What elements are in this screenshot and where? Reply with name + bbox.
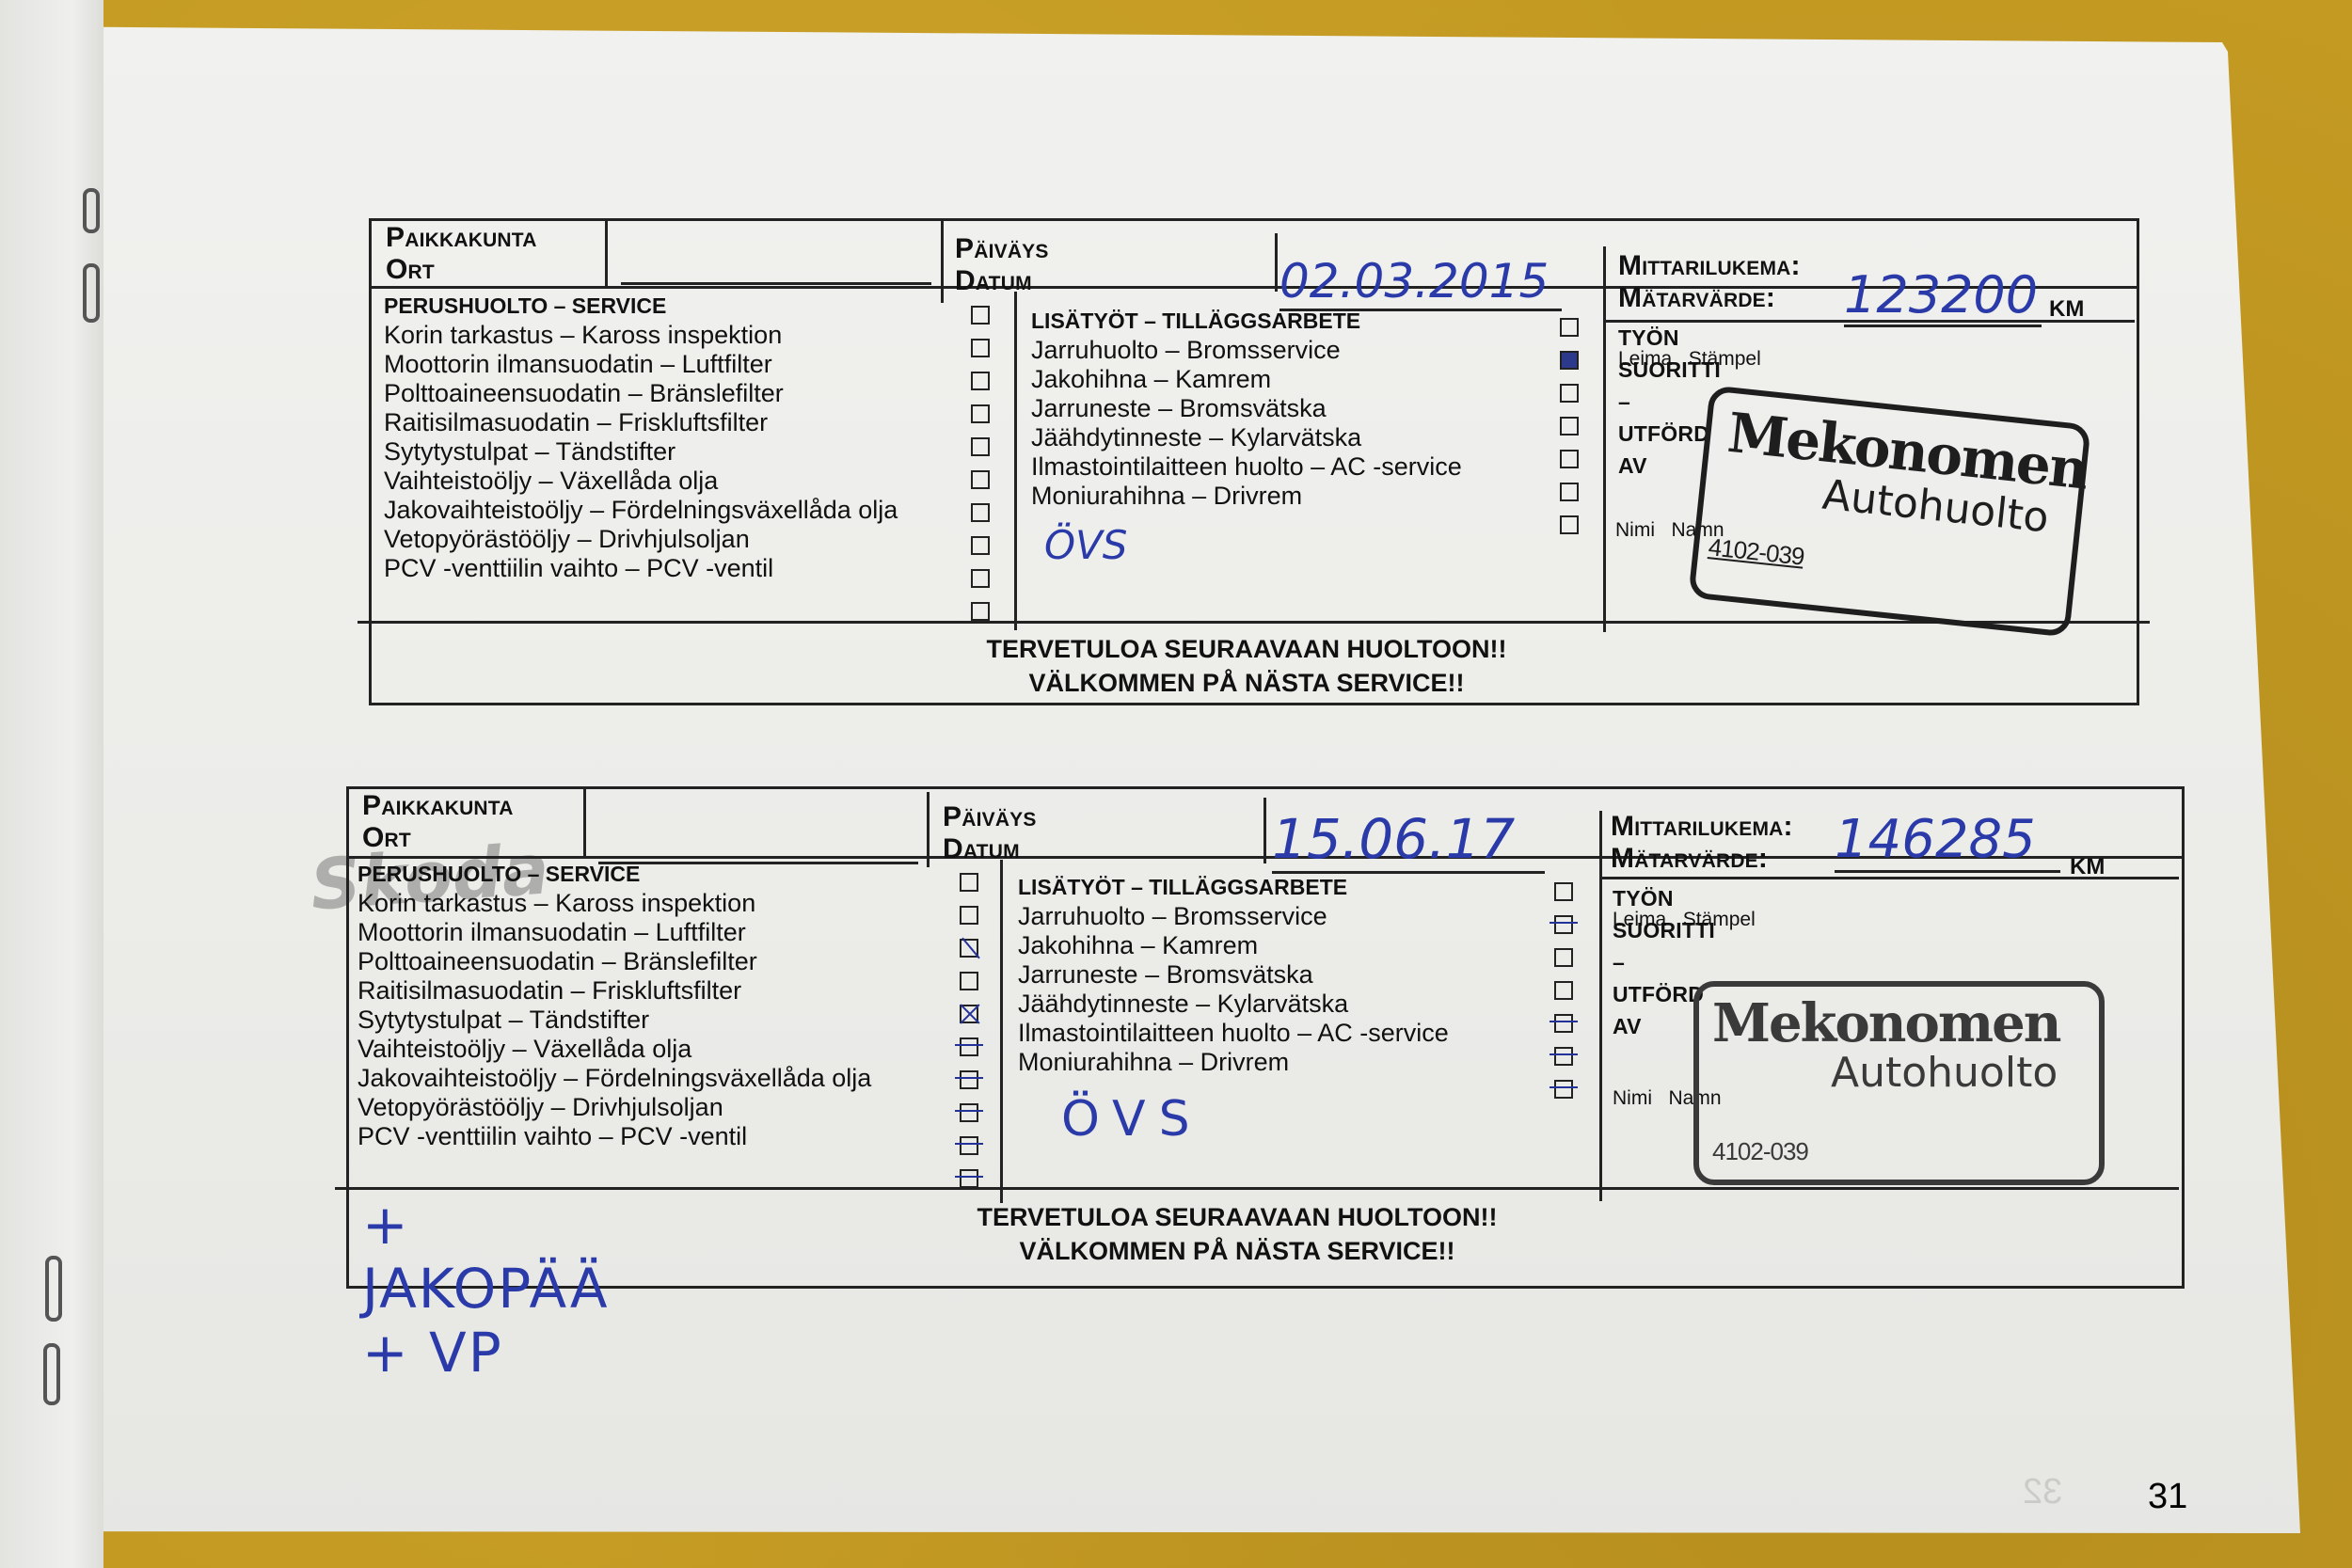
list-item: Jakohihna – Kamrem bbox=[1018, 931, 1449, 960]
list-item: Jarruhuolto – Bromsservice bbox=[1018, 902, 1449, 931]
list-item: Jarruneste – Bromsvätska bbox=[1031, 394, 1462, 423]
checkbox[interactable] bbox=[1560, 384, 1579, 403]
checkbox[interactable] bbox=[1554, 882, 1573, 901]
basic-service-title: Perushuolto – Service bbox=[384, 292, 898, 321]
date-label: PäiväysDatum bbox=[955, 233, 1049, 297]
list-item: Ilmastointilaitteen huolto – AC -service bbox=[1018, 1019, 1449, 1048]
checkbox-checked[interactable] bbox=[1560, 351, 1579, 370]
list-item: Jarruneste – Bromsvätska bbox=[1018, 960, 1449, 990]
list-item: Vetopyörästööljy – Drivhjulsoljan bbox=[358, 1093, 871, 1122]
workshop-stamp: Mekonomen Autohuolto 4102-039 bbox=[1693, 981, 2105, 1185]
odometer-value[interactable]: 123200 bbox=[1844, 265, 2042, 327]
location-field[interactable] bbox=[621, 226, 931, 285]
odometer-unit: KM bbox=[2049, 293, 2084, 325]
footer-handwritten-note: + JAKOPÄÄ + VP bbox=[362, 1193, 610, 1385]
odometer-value[interactable]: 146285 bbox=[1835, 809, 2060, 873]
basic-service-title: Perushuolto – Service bbox=[358, 860, 871, 889]
list-item: Polttoaineensuodatin – Bränslefilter bbox=[384, 379, 898, 408]
checkbox[interactable] bbox=[971, 339, 990, 357]
checkbox-checked[interactable] bbox=[960, 1005, 978, 1023]
list-item: Sytytystulpat – Tändstifter bbox=[358, 1006, 871, 1035]
location-field[interactable] bbox=[598, 800, 918, 864]
list-item: Vaihteistoöljy – Växellåda olja bbox=[358, 1035, 871, 1064]
extra-work-checkboxes bbox=[1560, 318, 1579, 548]
list-item: Moniurahihna – Drivrem bbox=[1018, 1048, 1449, 1077]
checkbox[interactable] bbox=[971, 503, 990, 522]
handwritten-note: ÖVS bbox=[1044, 522, 1127, 568]
checkbox[interactable] bbox=[971, 306, 990, 325]
stamp-label: Leima Stämpel bbox=[1618, 348, 1761, 371]
list-item: Raitisilmasuodatin – Friskluftsfilter bbox=[358, 976, 871, 1006]
staple bbox=[45, 1256, 62, 1322]
list-item: Moottorin ilmansuodatin – Luftfilter bbox=[384, 350, 898, 379]
checkbox[interactable] bbox=[1560, 515, 1579, 534]
checkbox-checked[interactable] bbox=[960, 1136, 978, 1155]
basic-service-list: Perushuolto – Service Korin tarkastus – … bbox=[358, 860, 871, 1151]
extra-work-title: Lisätyöt – Tilläggsarbete bbox=[1018, 873, 1449, 902]
checkbox-checked[interactable] bbox=[1554, 1047, 1573, 1066]
staple bbox=[43, 1343, 60, 1405]
welcome-message: Tervetuloa seuraavaan huoltoon!! Välkomm… bbox=[931, 1200, 1543, 1268]
basic-service-list: Perushuolto – Service Korin tarkastus – … bbox=[384, 292, 898, 583]
list-item: Vetopyörästööljy – Drivhjulsoljan bbox=[384, 525, 898, 554]
page-number: 31 bbox=[2148, 1477, 2187, 1517]
checkbox[interactable] bbox=[1560, 417, 1579, 436]
basic-service-checkboxes bbox=[971, 306, 990, 635]
checkbox[interactable] bbox=[1560, 483, 1579, 501]
checkbox[interactable] bbox=[971, 569, 990, 588]
handwritten-note: ÖVS bbox=[1061, 1091, 1203, 1148]
odometer-unit: KM bbox=[2070, 851, 2105, 883]
list-item: Raitisilmasuodatin – Friskluftsfilter bbox=[384, 408, 898, 437]
list-item: PCV -venttiilin vaihto – PCV -ventil bbox=[358, 1122, 871, 1151]
checkbox[interactable] bbox=[971, 470, 990, 489]
basic-service-checkboxes bbox=[960, 873, 978, 1202]
list-item: Ilmastointilaitteen huolto – AC -service bbox=[1031, 452, 1462, 482]
list-item: Korin tarkastus – Kaross inspektion bbox=[384, 321, 898, 350]
checkbox[interactable] bbox=[960, 873, 978, 892]
list-item: Jakovaihteistoöljy – Fördelningsväxellåd… bbox=[384, 496, 898, 525]
checkbox-checked[interactable] bbox=[1554, 1014, 1573, 1033]
staple bbox=[83, 188, 100, 233]
location-label: PaikkakuntaOrt bbox=[362, 790, 514, 854]
checkbox-checked[interactable] bbox=[960, 1037, 978, 1056]
extra-work-list: Lisätyöt – Tilläggsarbete Jarruhuolto – … bbox=[1018, 873, 1449, 1077]
extra-work-title: Lisätyöt – Tilläggsarbete bbox=[1031, 307, 1462, 336]
welcome-message: Tervetuloa seuraavaan huoltoon!! Välkomm… bbox=[941, 632, 1552, 700]
extra-work-checkboxes bbox=[1554, 882, 1573, 1113]
list-item: Vaihteistoöljy – Växellåda olja bbox=[384, 467, 898, 496]
list-item: Polttoaineensuodatin – Bränslefilter bbox=[358, 947, 871, 976]
checkbox[interactable] bbox=[971, 536, 990, 555]
list-item: Moniurahihna – Drivrem bbox=[1031, 482, 1462, 511]
list-item: Jäähdytinneste – Kylarvätska bbox=[1018, 990, 1449, 1019]
checkbox[interactable] bbox=[1560, 450, 1579, 468]
checkbox[interactable] bbox=[1554, 981, 1573, 1000]
location-label: PaikkakuntaOrt bbox=[386, 222, 537, 286]
date-value[interactable]: 15.06.17 bbox=[1272, 807, 1545, 874]
bleed-through-page-number: 32 bbox=[2023, 1472, 2062, 1513]
list-item: Jarruhuolto – Bromsservice bbox=[1031, 336, 1462, 365]
checkbox-checked[interactable] bbox=[1554, 1080, 1573, 1099]
checkbox-checked[interactable] bbox=[960, 1169, 978, 1188]
list-item: PCV -venttiilin vaihto – PCV -ventil bbox=[384, 554, 898, 583]
date-label: PäiväysDatum bbox=[943, 801, 1037, 865]
checkbox[interactable] bbox=[971, 404, 990, 423]
staple bbox=[83, 263, 100, 323]
stamp-label: Leima Stämpel bbox=[1613, 909, 1756, 931]
list-item: Jäähdytinneste – Kylarvätska bbox=[1031, 423, 1462, 452]
extra-work-list: Lisätyöt – Tilläggsarbete Jarruhuolto – … bbox=[1031, 307, 1462, 511]
checkbox[interactable] bbox=[1554, 948, 1573, 967]
checkbox[interactable] bbox=[971, 437, 990, 456]
checkbox-checked[interactable] bbox=[960, 1070, 978, 1089]
list-item: Jakovaihteistoöljy – Fördelningsväxellåd… bbox=[358, 1064, 871, 1093]
list-item: Sytytystulpat – Tändstifter bbox=[384, 437, 898, 467]
checkbox[interactable] bbox=[971, 372, 990, 390]
list-item: Moottorin ilmansuodatin – Luftfilter bbox=[358, 918, 871, 947]
date-value[interactable]: 02.03.2015 bbox=[1279, 254, 1562, 311]
odometer-label: Mittarilukema:Mätarvärde: bbox=[1611, 811, 1793, 875]
booklet-spine bbox=[0, 0, 103, 1568]
checkbox-checked[interactable] bbox=[960, 1103, 978, 1122]
list-item: Korin tarkastus – Kaross inspektion bbox=[358, 889, 871, 918]
checkbox-checked[interactable] bbox=[960, 939, 978, 958]
workshop-stamp: Mekonomen Autohuolto 4102-039 bbox=[1688, 385, 2090, 637]
checkbox[interactable] bbox=[971, 602, 990, 621]
checkbox[interactable] bbox=[960, 972, 978, 990]
checkbox-checked[interactable] bbox=[1554, 915, 1573, 934]
checkbox[interactable] bbox=[1560, 318, 1579, 337]
list-item: Jakohihna – Kamrem bbox=[1031, 365, 1462, 394]
odometer-label: Mittarilukema:Mätarvärde: bbox=[1618, 250, 1801, 314]
checkbox[interactable] bbox=[960, 906, 978, 925]
